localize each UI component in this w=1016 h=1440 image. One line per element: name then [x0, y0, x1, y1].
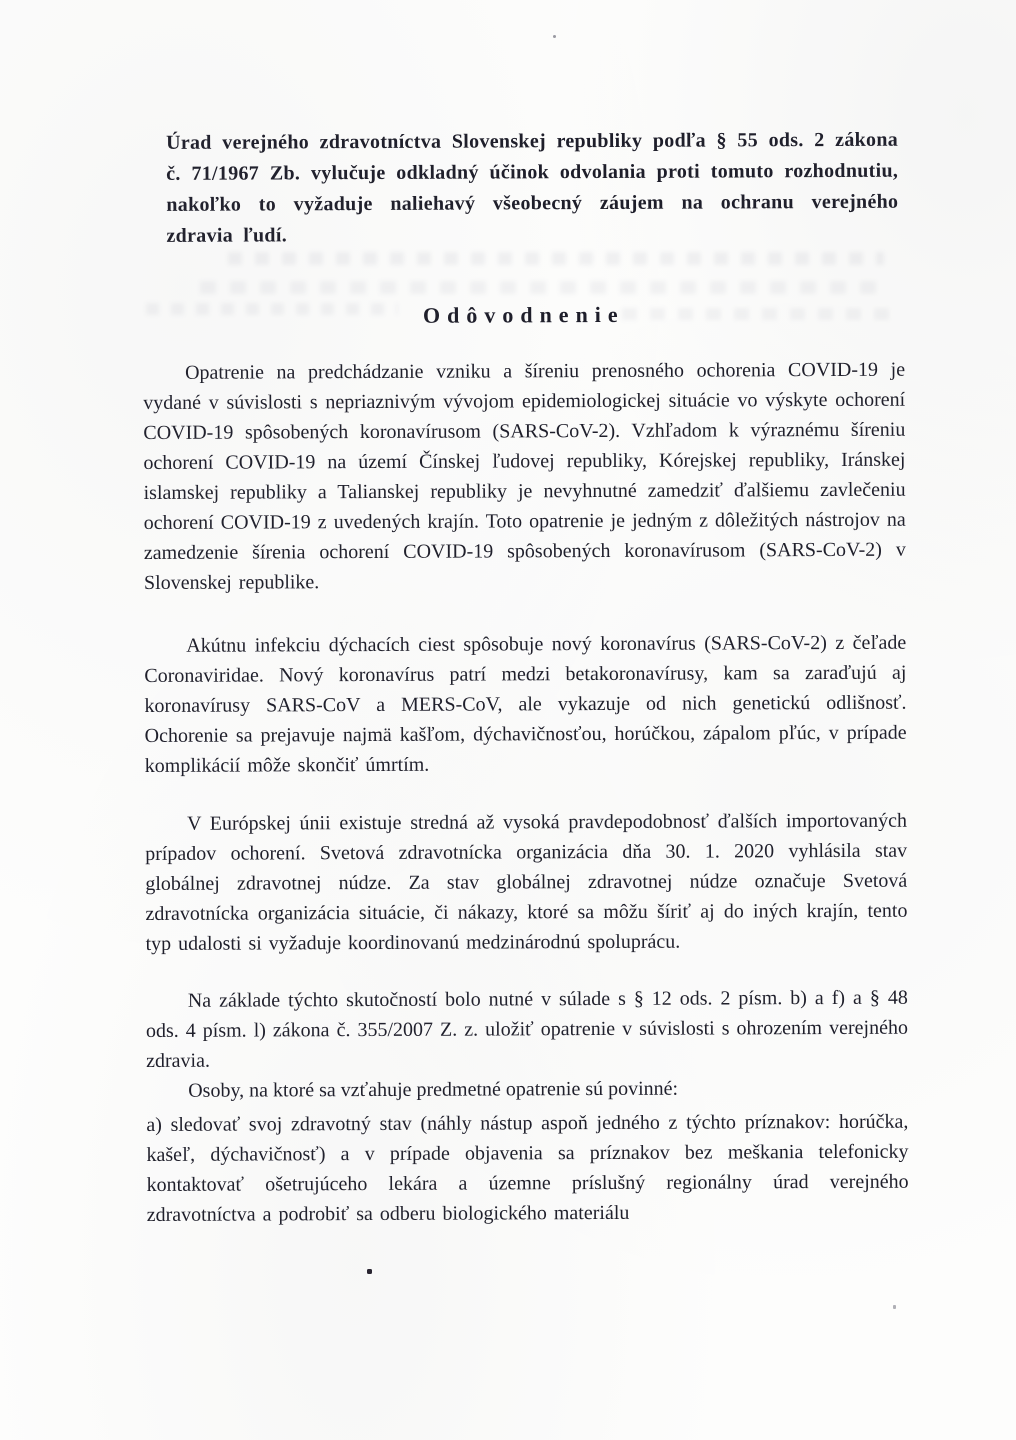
section-heading: Odôvodnenie [143, 301, 905, 330]
ink-speck [553, 35, 556, 38]
document-content: Úrad verejného zdravotníctva Slovenskej … [142, 125, 909, 1230]
ink-speck [367, 1269, 372, 1274]
obligations-lead: Osoby, na ktoré sa vzťahuje predmetné op… [146, 1073, 908, 1106]
obligation-item-a: a) sledovať svoj zdravotný stav (náhly n… [146, 1107, 909, 1230]
paragraph-measure-purpose: Opatrenie na predchádzanie vzniku a šíre… [143, 355, 906, 598]
paragraph-virus-description: Akútnu infekciu dýchacích ciest spôsobuj… [144, 628, 907, 781]
ink-speck [893, 1305, 896, 1309]
resolution-clause: Úrad verejného zdravotníctva Slovenskej … [142, 125, 905, 252]
paragraph-who-emergency: V Európskej únii existuje stredná až vys… [145, 806, 908, 959]
scanned-document-page: Úrad verejného zdravotníctva Slovenskej … [0, 0, 1016, 1440]
paragraph-legal-basis: Na základe týchto skutočností bolo nutné… [146, 983, 908, 1076]
